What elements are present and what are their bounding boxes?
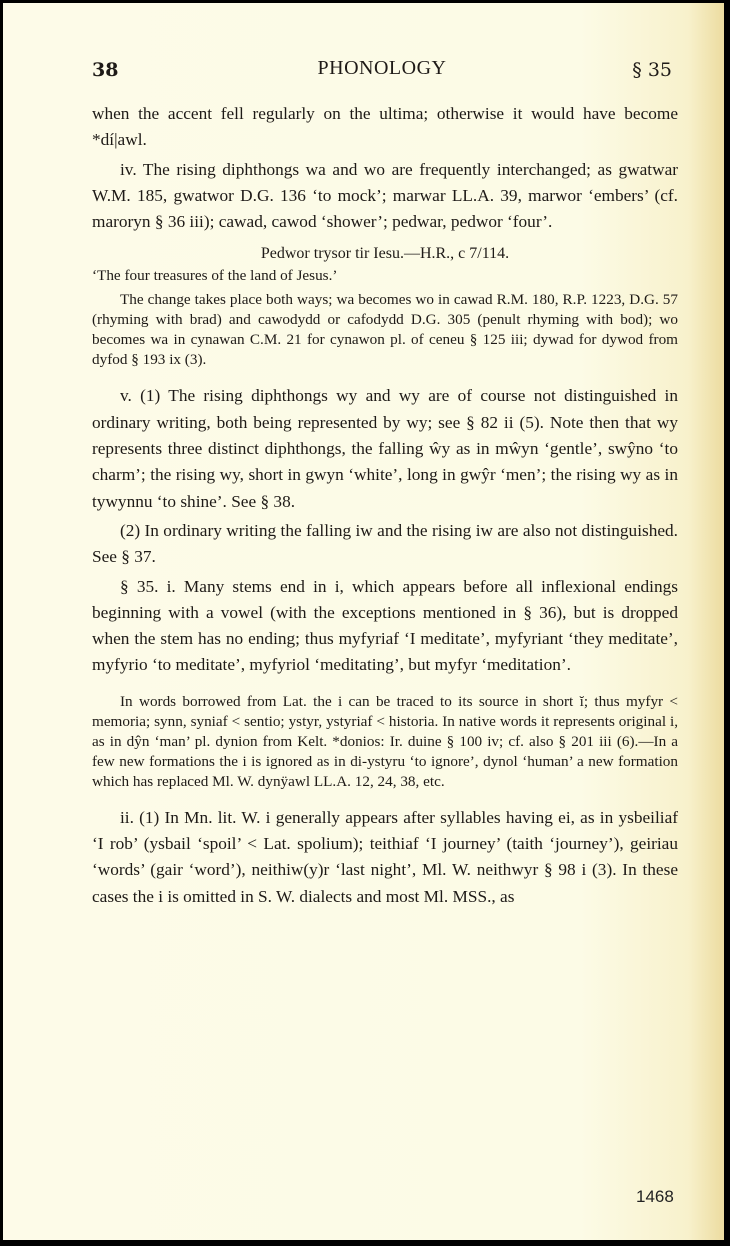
section-35-i: § 35. i. Many stems end in i, which appe… bbox=[92, 574, 678, 679]
page-body: when the accent fell regularly on the ul… bbox=[92, 101, 678, 910]
chapter-title: PHONOLOGY bbox=[92, 57, 672, 80]
note-latin-borrowings: In words borrowed from Lat. the i can be… bbox=[92, 692, 678, 792]
paragraph-iv: iv. The rising diphthongs wa and wo are … bbox=[92, 157, 678, 236]
scan-page-number: 1468 bbox=[636, 1187, 674, 1207]
book-page: 38 PHONOLOGY § 35 when the accent fell r… bbox=[3, 3, 724, 1240]
note-change-both-ways: The change takes place both ways; wa bec… bbox=[92, 290, 678, 370]
paragraph-v-2: (2) In ordinary writing the falling iw a… bbox=[92, 518, 678, 571]
verse-quote: Pedwor trysor tir Iesu.—H.R., c 7/114. bbox=[92, 243, 678, 265]
section-marker: § 35 bbox=[632, 59, 672, 81]
paragraph-v-1: v. (1) The rising diphthongs wy and wy a… bbox=[92, 383, 678, 514]
running-header: 38 PHONOLOGY § 35 bbox=[92, 57, 672, 85]
section-35-ii-1: ii. (1) In Mn. lit. W. i generally appea… bbox=[92, 805, 678, 910]
quote-translation: ‘The four treasures of the land of Jesus… bbox=[92, 265, 678, 287]
paragraph-continuation: when the accent fell regularly on the ul… bbox=[92, 101, 678, 154]
